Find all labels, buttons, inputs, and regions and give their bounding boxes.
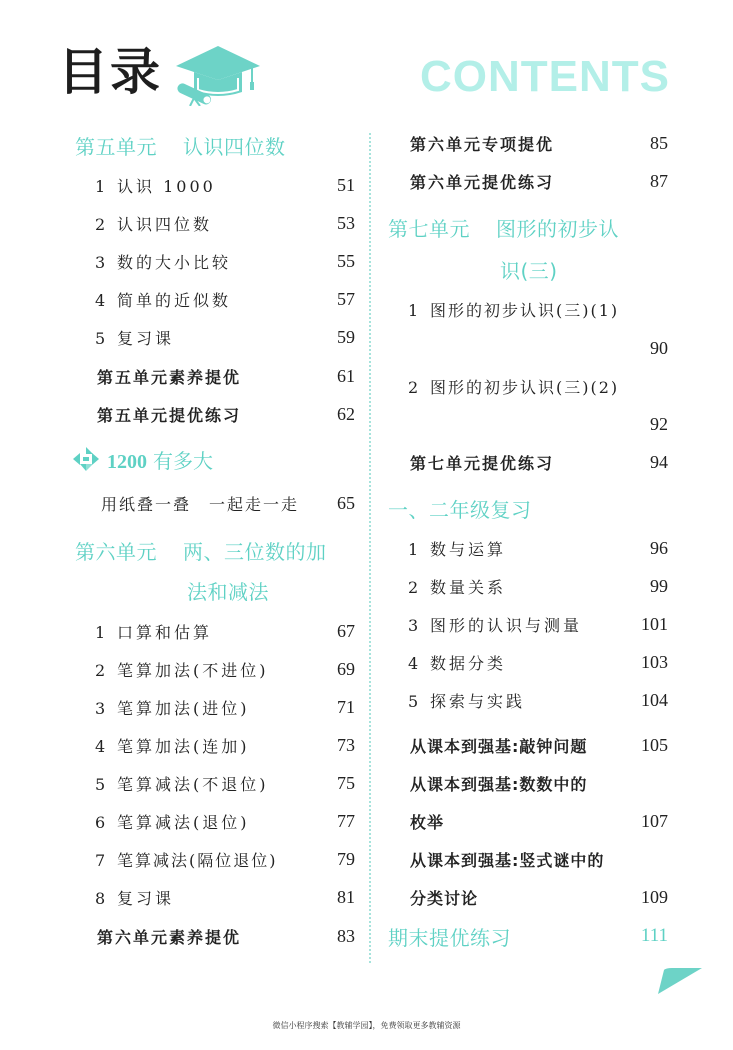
section-heading-unit7-cont: 识(三) [388,254,668,284]
entry-number: 1 [388,540,418,559]
page-number: 79 [337,849,355,870]
toc-entry[interactable]: 1口算和估算 67 [75,616,355,646]
toc-entry[interactable]: 1认识 1000 51 [75,170,355,200]
entry-title: 口算和估算 [105,623,212,642]
entry-number: 1 [388,301,418,320]
entry-number: 3 [75,699,105,718]
section-heading-unit5[interactable]: 第五单元认识四位数 [75,130,355,160]
toc-entry-bold[interactable]: 第五单元提优练习 62 [75,399,355,429]
review-title: 一、二年级复习 [388,494,532,523]
page-number: 103 [641,652,668,673]
entry-title: 笔算减法(不退位) [105,775,269,794]
page-number: 111 [641,925,668,947]
page-number: 71 [337,697,355,718]
toc-entry-bold[interactable]: 第五单元素养提优 61 [75,361,355,391]
entry-number: 4 [75,737,105,756]
entry-title: 第五单元素养提优 [75,365,241,388]
entry-number: 4 [75,291,105,310]
entry-title: 数据分类 [418,654,506,673]
page-number: 96 [650,538,668,559]
toc-entry-bold[interactable]: 第六单元素养提优 83 [75,921,355,951]
toc-entry-bold-cont[interactable]: 分类讨论 109 [388,882,668,912]
entry-title: 第六单元专项提优 [388,132,554,155]
page-number: 55 [337,251,355,272]
toc-entry[interactable]: 2认识四位数 53 [75,208,355,238]
toc-entry[interactable]: 用纸叠一叠 一起走一走 65 [75,488,355,518]
toc-entry[interactable]: 5复习课 59 [75,322,355,352]
toc-entry[interactable]: 4笔算加法(连加) 73 [75,730,355,760]
entry-number: 8 [75,889,105,908]
toc-entry[interactable]: 5探索与实践 104 [388,685,668,715]
section-heading-unit7[interactable]: 第七单元图形的初步认 [388,212,668,242]
toc-entry-page-line: 92 [388,409,668,439]
toc-entry[interactable]: 8复习课 81 [75,882,355,912]
section-heading-final[interactable]: 期末提优练习 111 [388,921,668,951]
section-heading-unit6[interactable]: 第六单元两、三位数的加 [75,535,355,565]
toc-entry[interactable]: 3数的大小比较 55 [75,246,355,276]
entry-title: 数与运算 [418,540,506,559]
page-number: 85 [650,133,668,154]
toc-entry[interactable]: 4简单的近似数 57 [75,284,355,314]
page-number: 105 [641,735,668,756]
entry-title: 笔算加法(不进位) [105,661,269,680]
special-title: 有多大 [153,449,213,473]
unit-label: 第七单元 [388,217,470,241]
toc-entry-bold[interactable]: 从课本到强基:竖式谜中的 [388,844,668,874]
entry-title: 从课本到强基:数数中的 [388,772,587,795]
entry-number: 2 [388,378,418,397]
entry-number: 3 [388,616,418,635]
unit-title-continued: 识(三) [388,255,558,284]
toc-entry[interactable]: 3图形的认识与测量 101 [388,609,668,639]
section-heading-unit6-cont: 法和减法 [75,575,355,605]
entry-number: 5 [75,775,105,794]
entry-title: 复习课 [105,889,174,908]
entry-number: 2 [388,578,418,597]
toc-entry[interactable]: 5笔算减法(不退位) 75 [75,768,355,798]
page-number: 51 [337,175,355,196]
unit-title: 图形的初步认 [496,217,619,241]
tangram-diamond-icon [73,447,99,471]
entry-title: 笔算加法(连加) [105,737,250,756]
entry-title-continued: 枚举 [388,810,444,833]
toc-entry-bold[interactable]: 第七单元提优练习 94 [388,447,668,477]
toc-entry[interactable]: 2图形的初步认识(三)(2) [388,371,668,401]
toc-entry[interactable]: 6笔算减法(退位) 77 [75,806,355,836]
page-number: 83 [337,926,355,947]
page-number: 59 [337,327,355,348]
entry-title: 简单的近似数 [105,291,231,310]
entry-number: 1 [75,177,105,196]
entry-title: 笔算加法(进位) [105,699,250,718]
page-title: 目录 [58,42,162,102]
page-number: 107 [641,811,668,832]
entry-number: 7 [75,851,105,870]
page-number: 57 [337,289,355,310]
unit-title-continued: 法和减法 [75,576,269,605]
column-divider [369,133,371,963]
toc-entry-bold[interactable]: 第六单元专项提优 85 [388,128,668,158]
toc-entry[interactable]: 7笔算减法(隔位退位) 79 [75,844,355,874]
unit-title: 认识四位数 [183,135,286,159]
entry-title: 第六单元提优练习 [388,170,554,193]
entry-number: 2 [75,661,105,680]
entry-title: 图形的初步认识(三)(1) [418,301,619,320]
page-number: 81 [337,887,355,908]
page-number: 69 [337,659,355,680]
special-number: 1200 [107,451,147,473]
entry-title: 认识四位数 [105,215,212,234]
entry-title: 图形的认识与测量 [418,616,582,635]
final-title: 期末提优练习 [388,922,511,951]
entry-number: 2 [75,215,105,234]
entry-title: 数量关系 [418,578,506,597]
page-number: 99 [650,576,668,597]
page-number: 73 [337,735,355,756]
entry-title: 从课本到强基:敲钟问题 [388,734,587,757]
entry-number: 1 [75,623,105,642]
entry-title: 认识 1000 [105,177,216,196]
entry-title: 第六单元素养提优 [75,925,241,948]
footer-note: 微信小程序搜索【教辅学园】，免费领取更多教辅资源 [0,1020,733,1031]
graduation-cap-icon [172,40,264,106]
section-heading-review[interactable]: 一、二年级复习 [388,493,668,523]
entry-number: 6 [75,813,105,832]
page-number: 92 [650,414,668,435]
page-number: 87 [650,171,668,192]
page-number: 65 [337,493,355,514]
toc-entry[interactable]: 4数据分类 103 [388,647,668,677]
page-number: 104 [641,690,668,711]
toc-entry[interactable]: 1图形的初步认识(三)(1) [388,294,668,324]
toc-entry[interactable]: 2数量关系 99 [388,571,668,601]
page-number: 109 [641,887,668,908]
toc-entry-page-line: 90 [388,333,668,363]
page-number: 61 [337,366,355,387]
entry-title: 图形的初步认识(三)(2) [418,378,619,397]
page-number: 90 [650,338,668,359]
toc-entry-bold[interactable]: 从课本到强基:数数中的 [388,768,668,798]
unit-label: 第五单元 [75,135,157,159]
entry-title: 用纸叠一叠 一起走一走 [75,495,299,514]
entry-title-continued: 分类讨论 [388,886,478,909]
entry-title: 复习课 [105,329,174,348]
toc-entry-bold[interactable]: 第六单元提优练习 87 [388,166,668,196]
entry-number: 5 [75,329,105,348]
toc-entry[interactable]: 1数与运算 96 [388,533,668,563]
toc-entry[interactable]: 3笔算加法(进位) 71 [75,692,355,722]
unit-title: 两、三位数的加 [183,540,327,564]
contents-heading: CONTENTS [420,52,670,102]
entry-title: 探索与实践 [418,692,525,711]
page-number: 77 [337,811,355,832]
toc-entry-bold[interactable]: 从课本到强基:敲钟问题 105 [388,730,668,760]
page-number: 67 [337,621,355,642]
unit-label: 第六单元 [75,540,157,564]
entry-title: 数的大小比较 [105,253,231,272]
page-number: 62 [337,404,355,425]
entry-title: 第五单元提优练习 [75,403,241,426]
page-number: 101 [641,614,668,635]
toc-entry-bold-cont[interactable]: 枚举 107 [388,806,668,836]
page-number: 53 [337,213,355,234]
entry-title: 第七单元提优练习 [388,451,554,474]
section-heading-special[interactable]: 1200有多大 [73,444,355,474]
entry-number: 4 [388,654,418,673]
entry-title: 从课本到强基:竖式谜中的 [388,848,604,871]
entry-title: 笔算减法(隔位退位) [105,851,278,870]
decorative-corner-shape [656,966,702,996]
entry-title: 笔算减法(退位) [105,813,250,832]
entry-number: 3 [75,253,105,272]
page-number: 75 [337,773,355,794]
page-number: 94 [650,452,668,473]
entry-number: 5 [388,692,418,711]
toc-entry[interactable]: 2笔算加法(不进位) 69 [75,654,355,684]
